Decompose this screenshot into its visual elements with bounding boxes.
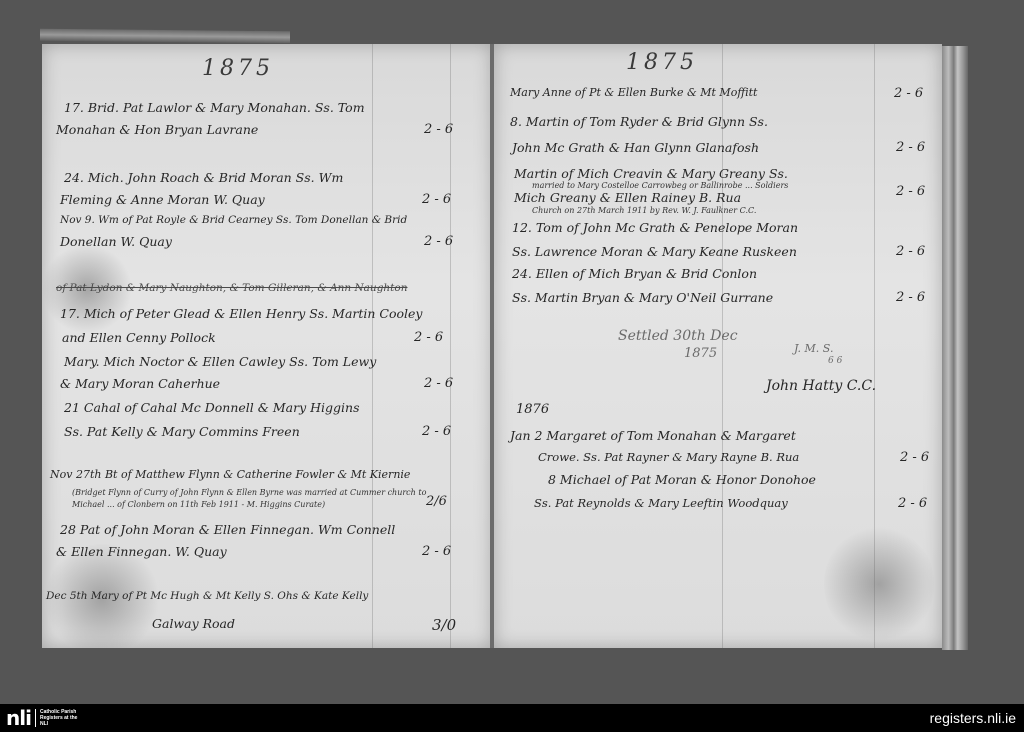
fee-amount: 2 - 6	[414, 330, 443, 345]
fee-amount: 2 - 6	[896, 244, 925, 259]
fee-amount: 2 - 6	[896, 140, 925, 155]
entry-line: 28 Pat of John Moran & Ellen Finnegan. W…	[60, 522, 395, 537]
nli-logo-text: Catholic Parish Registers at the NLI	[40, 709, 80, 727]
initials-sub: 6 6	[828, 356, 842, 366]
fee-amount: 2 - 6	[896, 290, 925, 305]
nli-logo-mark: nli	[6, 708, 31, 728]
settled-note: Settled 30th Dec	[618, 328, 738, 344]
left-register-page: 1875 17. Brid. Pat Lawlor & Mary Monahan…	[42, 44, 492, 648]
column-rule	[722, 44, 723, 648]
column-rule	[372, 44, 373, 648]
entry-line: 12. Tom of John Mc Grath & Penelope Mora…	[512, 220, 798, 235]
struck-entry-line: of Pat Lydon & Mary Naughton, & Tom Gill…	[56, 282, 407, 294]
entry-line: Ss. Pat Reynolds & Mary Leeftin Woodquay	[534, 496, 788, 510]
entry-line: Mary Anne of Pt & Ellen Burke & Mt Moffi…	[510, 86, 757, 99]
nli-logo[interactable]: nli Catholic Parish Registers at the NLI	[6, 708, 80, 728]
page-year-heading: 1875	[202, 56, 274, 81]
fee-amount: 2 - 6	[424, 376, 453, 391]
entry-line: Mich Greany & Ellen Rainey B. Rua	[514, 190, 741, 205]
fee-amount: 2 - 6	[894, 86, 923, 101]
fee-amount: 2 - 6	[422, 544, 451, 559]
fee-amount: 2 - 6	[900, 450, 929, 465]
entry-line: 24. Mich. John Roach & Brid Moran Ss. Wm	[64, 170, 343, 185]
entry-line: and Ellen Cenny Pollock	[62, 330, 216, 345]
initials: J. M. S.	[794, 342, 833, 355]
entry-line: Nov 27th Bt of Matthew Flynn & Catherine…	[50, 468, 410, 481]
entry-line: 24. Ellen of Mich Bryan & Brid Conlon	[512, 266, 757, 281]
fee-amount: 3/0	[432, 616, 456, 634]
fee-amount: 2/6	[426, 494, 447, 509]
marginal-note: Michael ... of Clonbern on 11th Feb 1911…	[72, 500, 325, 509]
entry-line: Martin of Mich Creavin & Mary Greany Ss.	[514, 166, 788, 181]
entry-line: Crowe. Ss. Pat Rayner & Mary Rayne B. Ru…	[538, 450, 799, 464]
entry-line: Nov 9. Wm of Pat Royle & Brid Cearney Ss…	[60, 214, 407, 226]
priest-signature: John Hatty C.C.	[766, 378, 876, 394]
fee-amount: 2 - 6	[422, 424, 451, 439]
footer-bar: nli Catholic Parish Registers at the NLI…	[0, 704, 1024, 732]
year-1876-heading: 1876	[516, 402, 549, 417]
fee-amount: 2 - 6	[896, 184, 925, 199]
entry-line: & Mary Moran Caherhue	[60, 376, 220, 391]
entry-line: Monahan & Hon Bryan Lavrane	[56, 122, 258, 137]
entry-line: Ss. Lawrence Moran & Mary Keane Ruskeen	[512, 244, 797, 259]
page-year-heading: 1875	[626, 50, 698, 75]
logo-divider	[35, 709, 36, 727]
entry-line: 17. Mich of Peter Glead & Ellen Henry Ss…	[60, 306, 423, 321]
entry-line: 17. Brid. Pat Lawlor & Mary Monahan. Ss.…	[64, 100, 365, 115]
fee-amount: 2 - 6	[424, 122, 453, 137]
stain	[824, 524, 934, 644]
entry-line: John Mc Grath & Han Glynn Glanafosh	[512, 140, 759, 155]
right-register-page: 1875 Mary Anne of Pt & Ellen Burke & Mt …	[494, 44, 942, 648]
entry-line: Donellan W. Quay	[60, 234, 172, 249]
entry-line: 21 Cahal of Cahal Mc Donnell & Mary Higg…	[64, 400, 360, 415]
book-top-edge	[40, 29, 290, 44]
entry-line: Fleming & Anne Moran W. Quay	[60, 192, 265, 207]
marginal-note: (Bridget Flynn of Curry of John Flynn & …	[72, 488, 426, 497]
entry-line: 8 Michael of Pat Moran & Honor Donohoe	[548, 472, 816, 487]
fee-amount: 2 - 6	[424, 234, 453, 249]
entry-line: Dec 5th Mary of Pt Mc Hugh & Mt Kelly S.…	[46, 590, 368, 602]
registers-site-link[interactable]: registers.nli.ie	[930, 710, 1016, 726]
register-image-viewer[interactable]: 1875 17. Brid. Pat Lawlor & Mary Monahan…	[0, 0, 1024, 704]
entry-line: Galway Road	[152, 616, 235, 631]
marginal-note: married to Mary Costelloe Carrowbeg or B…	[532, 181, 788, 190]
entry-line: Ss. Pat Kelly & Mary Commins Freen	[64, 424, 300, 439]
settled-year: 1875	[684, 346, 717, 361]
entry-line: & Ellen Finnegan. W. Quay	[56, 544, 227, 559]
entry-line: Ss. Martin Bryan & Mary O'Neil Gurrane	[512, 290, 773, 305]
entry-line: Mary. Mich Noctor & Ellen Cawley Ss. Tom…	[64, 354, 376, 369]
marginal-note: Church on 27th March 1911 by Rev. W. J. …	[532, 206, 756, 215]
fee-amount: 2 - 6	[898, 496, 927, 511]
book-page-edges	[942, 46, 968, 650]
entry-line: Jan 2 Margaret of Tom Monahan & Margaret	[510, 428, 796, 443]
entry-line: 8. Martin of Tom Ryder & Brid Glynn Ss.	[510, 114, 768, 129]
fee-amount: 2 - 6	[422, 192, 451, 207]
